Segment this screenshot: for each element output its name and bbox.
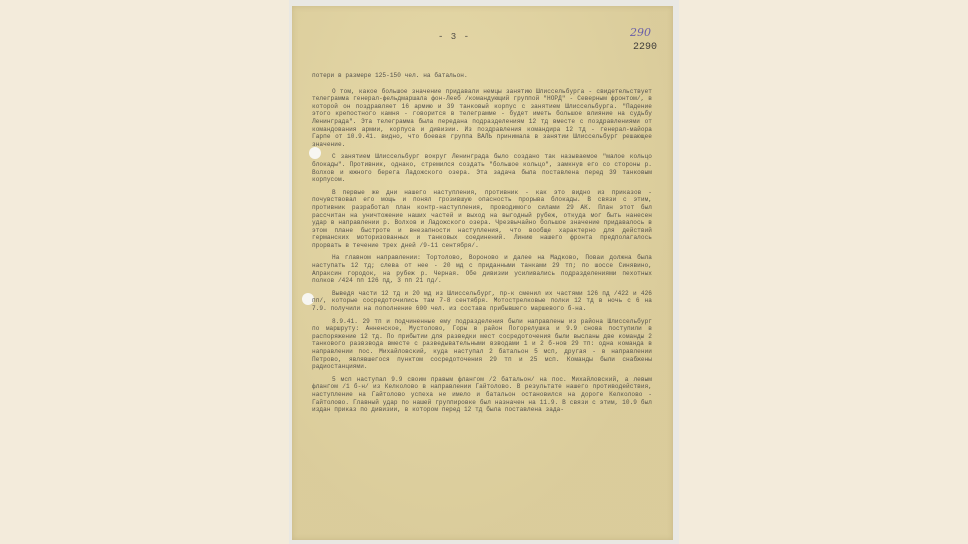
handwritten-folio-number: 290 bbox=[630, 26, 651, 39]
paragraph: На главном направлении: Тортолово, Ворон… bbox=[312, 254, 652, 284]
paragraph: 5 мсп наступал 9.9 своим правым флангом … bbox=[312, 376, 652, 414]
paragraph: Выведя части 12 тд и 20 мд из Шлиссельбу… bbox=[312, 290, 652, 313]
page-number-marker: - 3 - bbox=[438, 32, 470, 42]
paragraph: В первые же дни нашего наступления, прот… bbox=[312, 189, 652, 250]
stamped-folio-number: 2290 bbox=[633, 42, 657, 53]
archival-document-page: - 3 - 290 2290 потери в размере 125-150 … bbox=[292, 6, 673, 540]
paragraph: О том, какое большое значение придавали … bbox=[312, 88, 652, 149]
paragraph: потери в размере 125-150 чел. на батальо… bbox=[312, 72, 652, 80]
document-body: потери в размере 125-150 чел. на батальо… bbox=[312, 72, 652, 419]
paragraph: 8.9.41. 29 тп и подчиненные ему подразде… bbox=[312, 318, 652, 371]
paragraph: С занятием Шлиссельбург вокруг Ленинград… bbox=[312, 153, 652, 183]
